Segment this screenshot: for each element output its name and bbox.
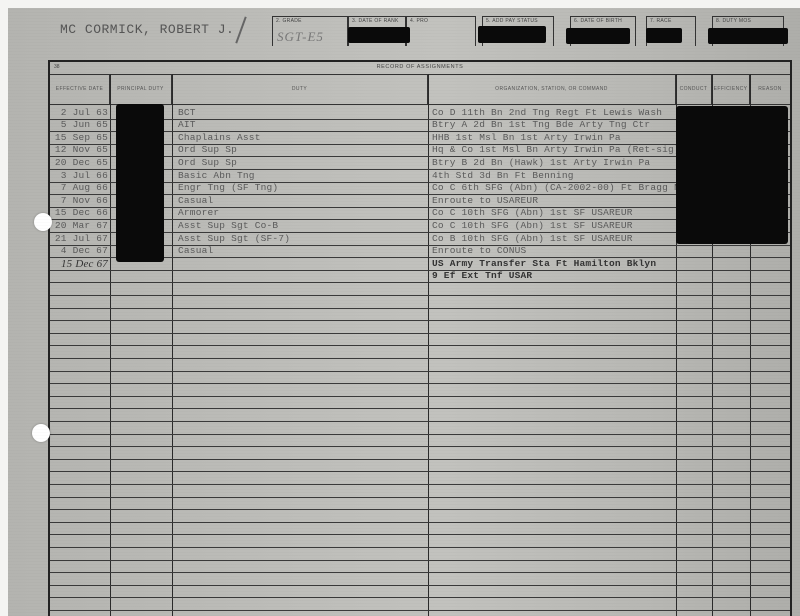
effective-date-cell: 12 Nov 65 — [52, 144, 108, 156]
row-rule — [50, 484, 790, 485]
row-rule — [50, 333, 790, 334]
redaction-race — [646, 28, 682, 43]
duty-cell: Armorer — [178, 207, 219, 219]
row-rule — [50, 408, 790, 409]
row-rule — [50, 471, 790, 472]
organization-cell: 9 Ef Ext Tnf USAR — [432, 270, 532, 282]
effective-date-cell: 5 Jun 65 — [52, 119, 108, 131]
organization-cell: Enroute to CONUS — [432, 245, 526, 257]
organization-cell: HHB 1st Msl Bn 1st Arty Irwin Pa — [432, 132, 621, 144]
row-rule — [50, 610, 790, 611]
redaction-duty-mos — [708, 28, 788, 44]
redaction-conduct-efficiency-reason — [676, 106, 788, 244]
row-rule — [50, 547, 790, 548]
field-label: 3. DATE OF RANK — [352, 18, 399, 24]
effective-date-cell: 20 Mar 67 — [52, 220, 108, 232]
row-rule — [50, 295, 790, 296]
row-rule — [50, 522, 790, 523]
redaction-date-of-rank — [348, 27, 410, 43]
effective-date-cell: 15 Dec 67 — [52, 258, 108, 270]
effective-date-cell: 20 Dec 65 — [52, 157, 108, 169]
column-header-principal-duty: PRINCIPAL DUTY — [110, 74, 172, 104]
organization-cell: Co C 10th SFG (Abn) 1st SF USAREUR — [432, 207, 633, 219]
record-of-assignments-table: 38 RECORD OF ASSIGNMENTS EFFECTIVE DATE … — [48, 60, 792, 616]
effective-date-cell: 7 Aug 66 — [52, 182, 108, 194]
field-label: 5. ADD PAY STATUS — [486, 18, 538, 24]
organization-cell: Btry A 2d Bn 1st Tng Bde Arty Tng Ctr — [432, 119, 650, 131]
field-label: 6. DATE OF BIRTH — [574, 18, 622, 24]
table-title: RECORD OF ASSIGNMENTS — [50, 64, 790, 70]
duty-cell: Chaplains Asst — [178, 132, 261, 144]
binder-hole-bottom — [32, 424, 50, 442]
redaction-principal-duty-column — [116, 104, 164, 262]
organization-cell: Co D 11th Bn 2nd Tng Regt Ft Lewis Wash — [432, 107, 662, 119]
personnel-header: MC CORMICK, ROBERT J. 2. GRADE SGT-E5 3.… — [8, 8, 800, 58]
row-rule — [50, 434, 790, 435]
service-member-name: MC CORMICK, ROBERT J. — [60, 22, 234, 37]
duty-cell: Ord Sup Sp — [178, 157, 237, 169]
row-rule — [50, 345, 790, 346]
organization-cell: Co C 6th SFG (Abn) (CA-2002-00) Ft Bragg… — [432, 182, 686, 194]
organization-cell: US Army Transfer Sta Ft Hamilton Bklyn — [432, 258, 656, 270]
row-rule — [50, 421, 790, 422]
duty-cell: Asst Sup Sgt (SF-7) — [178, 233, 290, 245]
organization-cell: Co B 10th SFG (Abn) 1st SF USAREUR — [432, 233, 633, 245]
effective-date-cell: 3 Jul 66 — [52, 170, 108, 182]
duty-cell: Asst Sup Sgt Co-B — [178, 220, 278, 232]
duty-cell: AIT — [178, 119, 196, 131]
column-header-conduct: CONDUCT — [676, 74, 712, 104]
field-label: 2. GRADE — [276, 18, 302, 24]
row-rule — [50, 534, 790, 535]
row-rule — [50, 597, 790, 598]
field-pro: 4. PRO — [406, 16, 476, 46]
duty-cell: BCT — [178, 107, 196, 119]
row-rule — [50, 459, 790, 460]
row-rule — [50, 371, 790, 372]
field-label: 4. PRO — [410, 18, 428, 24]
duty-cell: Basic Abn Tng — [178, 170, 255, 182]
field-label: 8. DUTY MOS — [716, 18, 751, 24]
field-grade: 2. GRADE SGT-E5 — [272, 16, 348, 46]
column-header-reason: REASON — [750, 74, 790, 104]
column-header-organization: ORGANIZATION, STATION, OR COMMAND — [428, 74, 676, 104]
duty-cell: Engr Tng (SF Tng) — [178, 182, 278, 194]
row-rule — [50, 282, 790, 283]
row-rule — [50, 320, 790, 321]
redaction-date-of-birth — [566, 28, 630, 44]
field-label: 7. RACE — [650, 18, 672, 24]
row-rule — [50, 270, 790, 271]
effective-date-cell: 2 Jul 63 — [52, 107, 108, 119]
row-rule — [50, 358, 790, 359]
organization-cell: Co C 10th SFG (Abn) 1st SF USAREUR — [432, 220, 633, 232]
effective-date-cell: 15 Dec 66 — [52, 207, 108, 219]
pen-mark — [235, 17, 246, 44]
column-header-efficiency: EFFICIENCY — [712, 74, 750, 104]
row-rule — [50, 560, 790, 561]
row-rule — [50, 308, 790, 309]
duty-cell: Casual — [178, 245, 213, 257]
grade-value: SGT-E5 — [277, 29, 324, 45]
row-rule — [50, 497, 790, 498]
effective-date-cell: 15 Sep 65 — [52, 132, 108, 144]
row-rule — [50, 572, 790, 573]
organization-cell: Btry B 2d Bn (Hawk) 1st Arty Irwin Pa — [432, 157, 650, 169]
column-header-effective-date: EFFECTIVE DATE — [50, 74, 110, 104]
row-rule — [50, 396, 790, 397]
redaction-add-pay-status — [478, 26, 546, 43]
form-page: MC CORMICK, ROBERT J. 2. GRADE SGT-E5 3.… — [8, 8, 800, 616]
effective-date-cell: 21 Jul 67 — [52, 233, 108, 245]
duty-cell: Casual — [178, 195, 213, 207]
row-rule — [50, 585, 790, 586]
effective-date-cell: 7 Nov 66 — [52, 195, 108, 207]
organization-cell: Hq & Co 1st Msl Bn Arty Irwin Pa (Ret-si… — [432, 144, 680, 156]
column-header-duty: DUTY — [172, 74, 428, 104]
row-rule — [50, 383, 790, 384]
effective-date-cell: 4 Dec 67 — [52, 245, 108, 257]
organization-cell: 4th Std 3d Bn Ft Benning — [432, 170, 574, 182]
organization-cell: Enroute to USAREUR — [432, 195, 538, 207]
row-rule — [50, 509, 790, 510]
row-rule — [50, 446, 790, 447]
duty-cell: Ord Sup Sp — [178, 144, 237, 156]
binder-hole-top — [34, 213, 52, 231]
